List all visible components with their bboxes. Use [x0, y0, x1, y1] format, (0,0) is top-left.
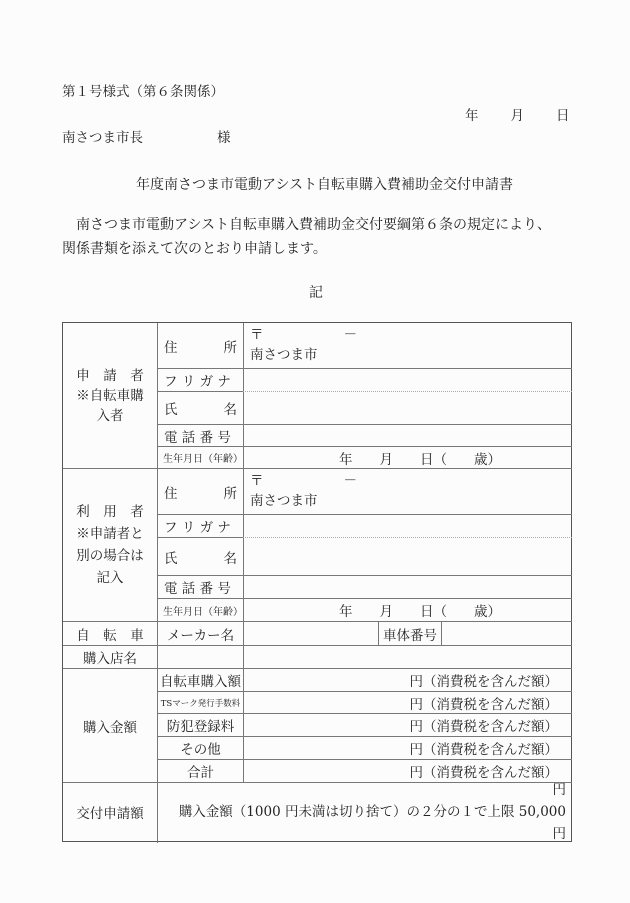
- application-date[interactable]: 年月日: [465, 104, 570, 124]
- postal-dash: －: [344, 473, 358, 489]
- postal-mark: 〒: [250, 327, 264, 343]
- addressee-name: 南さつま市長: [62, 130, 143, 146]
- applicant-address-field[interactable]: 〒－ 南さつま市: [250, 325, 570, 367]
- address-label-a: 住: [164, 336, 178, 356]
- name-label-a: 氏: [164, 547, 178, 567]
- date-year: 年: [465, 104, 479, 124]
- applicant-label-line2: ※自転車購: [76, 386, 144, 406]
- postal-dash: －: [344, 327, 358, 343]
- frame-number-label: 車体番号: [379, 622, 441, 645]
- user-city: 南さつま市: [250, 491, 318, 511]
- shop-label: 購入店名: [63, 646, 157, 668]
- user-furigana-field[interactable]: [244, 515, 572, 537]
- applicant-name-field[interactable]: [244, 392, 572, 424]
- user-label-line1: 利 用 者: [76, 501, 144, 523]
- name-label-a: 氏: [164, 398, 178, 418]
- applicant-city: 南さつま市: [250, 345, 318, 365]
- applicant-birth-field[interactable]: 年 月 日（ 歳）: [339, 447, 569, 468]
- purchase-row-other-label: その他: [158, 737, 243, 759]
- grant-note: 購入金額（1000 円未満は切り捨て）の２分の１で上限 50,000 円: [164, 801, 566, 845]
- applicant-address-label: 住所: [158, 323, 243, 368]
- user-group-label: 利 用 者 ※申請者と 別の場合は 記入: [63, 469, 157, 621]
- user-birth-label: 生年月日（年齢）: [163, 599, 243, 621]
- postal-mark: 〒: [250, 473, 264, 489]
- purchase-row-other-field[interactable]: 円（消費税を含んだ額）: [244, 737, 572, 759]
- form-number: 第１号様式（第６条関係）: [62, 80, 224, 100]
- user-address-label: 住所: [158, 469, 243, 514]
- user-label-line3: 別の場合は: [76, 545, 144, 567]
- body-line-2: 関係書類を添えて次のとおり申請します。: [62, 237, 562, 261]
- user-furigana-label: フ リ ガ ナ: [158, 515, 243, 537]
- applicant-furigana-label: フ リ ガ ナ: [158, 369, 243, 391]
- applicant-phone-field[interactable]: [244, 425, 572, 446]
- grant-yen: 円: [164, 779, 566, 801]
- purchase-row-bicycle-field[interactable]: 円（消費税を含んだ額）: [244, 669, 572, 691]
- applicant-label-line1: 申 請 者: [76, 366, 144, 386]
- user-label-line4: 記入: [97, 567, 124, 589]
- purchase-amount-label: 購入金額: [63, 669, 157, 782]
- applicant-phone-label: 電 話 番 号: [158, 425, 243, 446]
- user-name-label: 氏名: [158, 538, 243, 575]
- addressee-suffix: 様: [217, 130, 231, 146]
- purchase-row-bicycle-label: 自転車購入額: [158, 669, 243, 691]
- body-text: 南さつま市電動アシスト自転車購入費補助金交付要綱第６条の規定により、 関係書類を…: [62, 213, 562, 261]
- applicant-name-label: 氏名: [158, 392, 243, 424]
- user-label-line2: ※申請者と: [76, 523, 144, 545]
- body-line-1: 南さつま市電動アシスト自転車購入費補助金交付要綱第６条の規定により、: [62, 213, 562, 237]
- date-day: 日: [556, 104, 570, 124]
- applicant-label-line3: 入者: [97, 406, 124, 426]
- address-label-b: 所: [224, 336, 238, 356]
- ki-heading: 記: [309, 282, 323, 302]
- user-address-field[interactable]: 〒－ 南さつま市: [250, 471, 570, 513]
- date-month: 月: [511, 104, 525, 124]
- grant-amount-field[interactable]: 円 購入金額（1000 円未満は切り捨て）の２分の１で上限 50,000 円: [158, 783, 572, 841]
- document-title: 年度南さつま市電動アシスト自転車購入費補助金交付申請書: [136, 174, 513, 194]
- frame-number-field[interactable]: [442, 622, 572, 645]
- address-label-b: 所: [224, 482, 238, 502]
- user-name-field[interactable]: [244, 538, 572, 575]
- application-form-table: 申 請 者 ※自転車購 入者 住所 〒－ 南さつま市 フ リ ガ ナ 氏名 電 …: [62, 322, 572, 842]
- user-phone-field[interactable]: [244, 576, 572, 598]
- purchase-row-ts-label: TSマーク発行手数料: [158, 692, 243, 713]
- user-phone-label: 電 話 番 号: [158, 576, 243, 598]
- applicant-birth-label: 生年月日（年齢）: [163, 447, 243, 468]
- purchase-row-ts-field[interactable]: 円（消費税を含んだ額）: [244, 692, 572, 713]
- maker-label: メーカー名: [158, 622, 243, 645]
- grant-amount-label: 交付申請額: [63, 783, 157, 841]
- addressee: 南さつま市長様: [62, 126, 231, 146]
- address-label-a: 住: [164, 482, 178, 502]
- applicant-furigana-field[interactable]: [244, 369, 572, 391]
- maker-field[interactable]: [244, 622, 378, 645]
- name-label-b: 名: [224, 398, 238, 418]
- purchase-row-security-field[interactable]: 円（消費税を含んだ額）: [244, 714, 572, 736]
- shop-field[interactable]: [158, 646, 572, 668]
- bicycle-label: 自 転 車: [63, 622, 157, 645]
- user-birth-field[interactable]: 年 月 日（ 歳）: [339, 599, 569, 621]
- name-label-b: 名: [224, 547, 238, 567]
- applicant-group-label: 申 請 者 ※自転車購 入者: [63, 323, 157, 468]
- purchase-row-security-label: 防犯登録料: [158, 714, 243, 736]
